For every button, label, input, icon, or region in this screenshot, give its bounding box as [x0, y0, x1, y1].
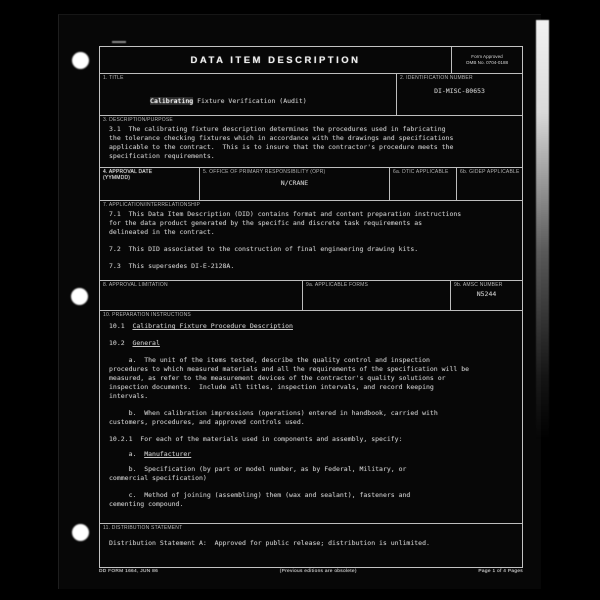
- hole-punch-middle: [71, 288, 88, 305]
- field-title-value: Calibrating Fixture Verification (Audit): [103, 88, 393, 115]
- approval-date-label2: (YYMMDD): [103, 175, 196, 181]
- form-title-cell: DATA ITEM DESCRIPTION: [100, 47, 451, 73]
- description-body: 3.1 The calibrating fixture description …: [103, 125, 519, 161]
- footer-edition-note: (Previous editions are obsolete): [280, 569, 357, 574]
- page-right-edge-highlight: [536, 20, 549, 440]
- amsc-label: 9b. AMSC NUMBER: [454, 282, 519, 288]
- application-para-7-3: 7.3 This supersedes DI-E-2128A.: [103, 262, 519, 271]
- preparation-para-10-2-1: 10.2.1 For each of the materials used in…: [103, 435, 519, 444]
- form-title: DATA ITEM DESCRIPTION: [190, 55, 360, 66]
- hole-punch-top: [72, 52, 89, 69]
- form-header-row: DATA ITEM DESCRIPTION Form Approved OMB …: [100, 47, 522, 74]
- field-identification-label: 2. IDENTIFICATION NUMBER: [400, 75, 519, 81]
- field-title-value-rest: Fixture Verification (Audit): [193, 97, 307, 105]
- distribution-label: 11. DISTRIBUTION STATEMENT: [103, 525, 519, 531]
- applicable-forms-label: 9a. APPLICABLE FORMS: [306, 282, 447, 288]
- preparation-item-c: c. Method of joining (assembling) them (…: [103, 491, 519, 509]
- registration-tick: [112, 41, 126, 43]
- distribution-cell: 11. DISTRIBUTION STATEMENT Distribution …: [100, 524, 522, 568]
- field-dtic-applicable: 6a. DTIC APPLICABLE: [389, 168, 456, 200]
- field-approval-date: 4. APPROVAL DATE (YYMMDD): [100, 168, 199, 200]
- application-para-7-1: 7.1 This Data Item Description (DID) con…: [103, 210, 519, 237]
- gidep-label: 6b. GIDEP APPLICABLE: [460, 169, 519, 175]
- preparation-heading-10-1: 10.1 Calibrating Fixture Procedure Descr…: [103, 322, 519, 331]
- opr-value: N/CRANE: [203, 179, 386, 188]
- application-label: 7. APPLICATION/INTERRELATIONSHIP: [103, 202, 519, 208]
- preparation-label: 10. PREPARATION INSTRUCTIONS: [103, 312, 519, 318]
- heading-10-2-text: General: [132, 339, 159, 347]
- preparation-item-a: a. Manufacturer: [103, 450, 519, 459]
- section-application-interrelationship: 7. APPLICATION/INTERRELATIONSHIP 7.1 Thi…: [100, 201, 522, 281]
- field-gidep-applicable: 6b. GIDEP APPLICABLE: [456, 168, 522, 200]
- preparation-item-b: b. Specification (by part or model numbe…: [103, 465, 519, 483]
- section-distribution-statement: 11. DISTRIBUTION STATEMENT Distribution …: [100, 524, 522, 568]
- section-description-purpose: 3. DESCRIPTION/PURPOSE 3.1 The calibrati…: [100, 116, 522, 168]
- approval-limitation-row: 8. APPROVAL LIMITATION 9a. APPLICABLE FO…: [100, 281, 522, 311]
- distribution-statement: Distribution Statement A: Approved for p…: [103, 539, 519, 548]
- omb-number: OMB No. 0704-0188: [466, 60, 508, 66]
- field-amsc-number: 9b. AMSC NUMBER N5244: [450, 281, 522, 310]
- description-label: 3. DESCRIPTION/PURPOSE: [103, 117, 519, 123]
- field-title: 1. TITLE Calibrating Fixture Verificatio…: [100, 74, 396, 115]
- title-identification-row: 1. TITLE Calibrating Fixture Verificatio…: [100, 74, 522, 116]
- item-a-text: Manufacturer: [144, 450, 191, 458]
- omb-approval-box: Form Approved OMB No. 0704-0188: [451, 47, 522, 73]
- item-a-marker: a.: [109, 450, 144, 458]
- heading-10-1-marker: 10.1: [109, 322, 132, 330]
- scanned-document-screenshot: DATA ITEM DESCRIPTION Form Approved OMB …: [0, 0, 600, 600]
- preparation-para-b: b. When calibration impressions (operati…: [103, 409, 519, 427]
- footer-page-info: Page 1 of 4 Pages: [478, 569, 523, 574]
- opr-label: 5. OFFICE OF PRIMARY RESPONSIBILITY (OPR…: [203, 169, 386, 175]
- amsc-value: N5244: [454, 290, 519, 299]
- preparation-heading-10-2: 10.2 General: [103, 339, 519, 348]
- section-preparation-instructions: 10. PREPARATION INSTRUCTIONS 10.1 Calibr…: [100, 311, 522, 524]
- field-identification-value: DI-MISC-80653: [400, 87, 519, 96]
- description-cell: 3. DESCRIPTION/PURPOSE 3.1 The calibrati…: [100, 116, 522, 167]
- field-approval-limitation: 8. APPROVAL LIMITATION: [100, 281, 302, 310]
- preparation-para-a: a. The unit of the items tested, describ…: [103, 356, 519, 401]
- heading-10-2-marker: 10.2: [109, 339, 132, 347]
- field-opr: 5. OFFICE OF PRIMARY RESPONSIBILITY (OPR…: [199, 168, 389, 200]
- field-identification-number: 2. IDENTIFICATION NUMBER DI-MISC-80653: [396, 74, 522, 115]
- footer-form-number: DD FORM 1664, JUN 86: [99, 569, 158, 574]
- preparation-cell: 10. PREPARATION INSTRUCTIONS 10.1 Calibr…: [100, 311, 522, 523]
- field-title-value-emphasis: Calibrating: [150, 97, 193, 105]
- form-footer: DD FORM 1664, JUN 86 (Previous editions …: [99, 569, 523, 574]
- application-cell: 7. APPLICATION/INTERRELATIONSHIP 7.1 Thi…: [100, 201, 522, 280]
- heading-10-1-text: Calibrating Fixture Procedure Descriptio…: [132, 322, 292, 330]
- field-title-label: 1. TITLE: [103, 75, 393, 81]
- approval-opr-row: 4. APPROVAL DATE (YYMMDD) 5. OFFICE OF P…: [100, 168, 522, 201]
- field-applicable-forms: 9a. APPLICABLE FORMS: [302, 281, 450, 310]
- hole-punch-bottom: [72, 524, 89, 541]
- dd-form-1664: DATA ITEM DESCRIPTION Form Approved OMB …: [99, 46, 523, 568]
- application-para-7-2: 7.2 This DID associated to the construct…: [103, 245, 519, 254]
- approval-limitation-label: 8. APPROVAL LIMITATION: [103, 282, 299, 288]
- dtic-label: 6a. DTIC APPLICABLE: [393, 169, 453, 175]
